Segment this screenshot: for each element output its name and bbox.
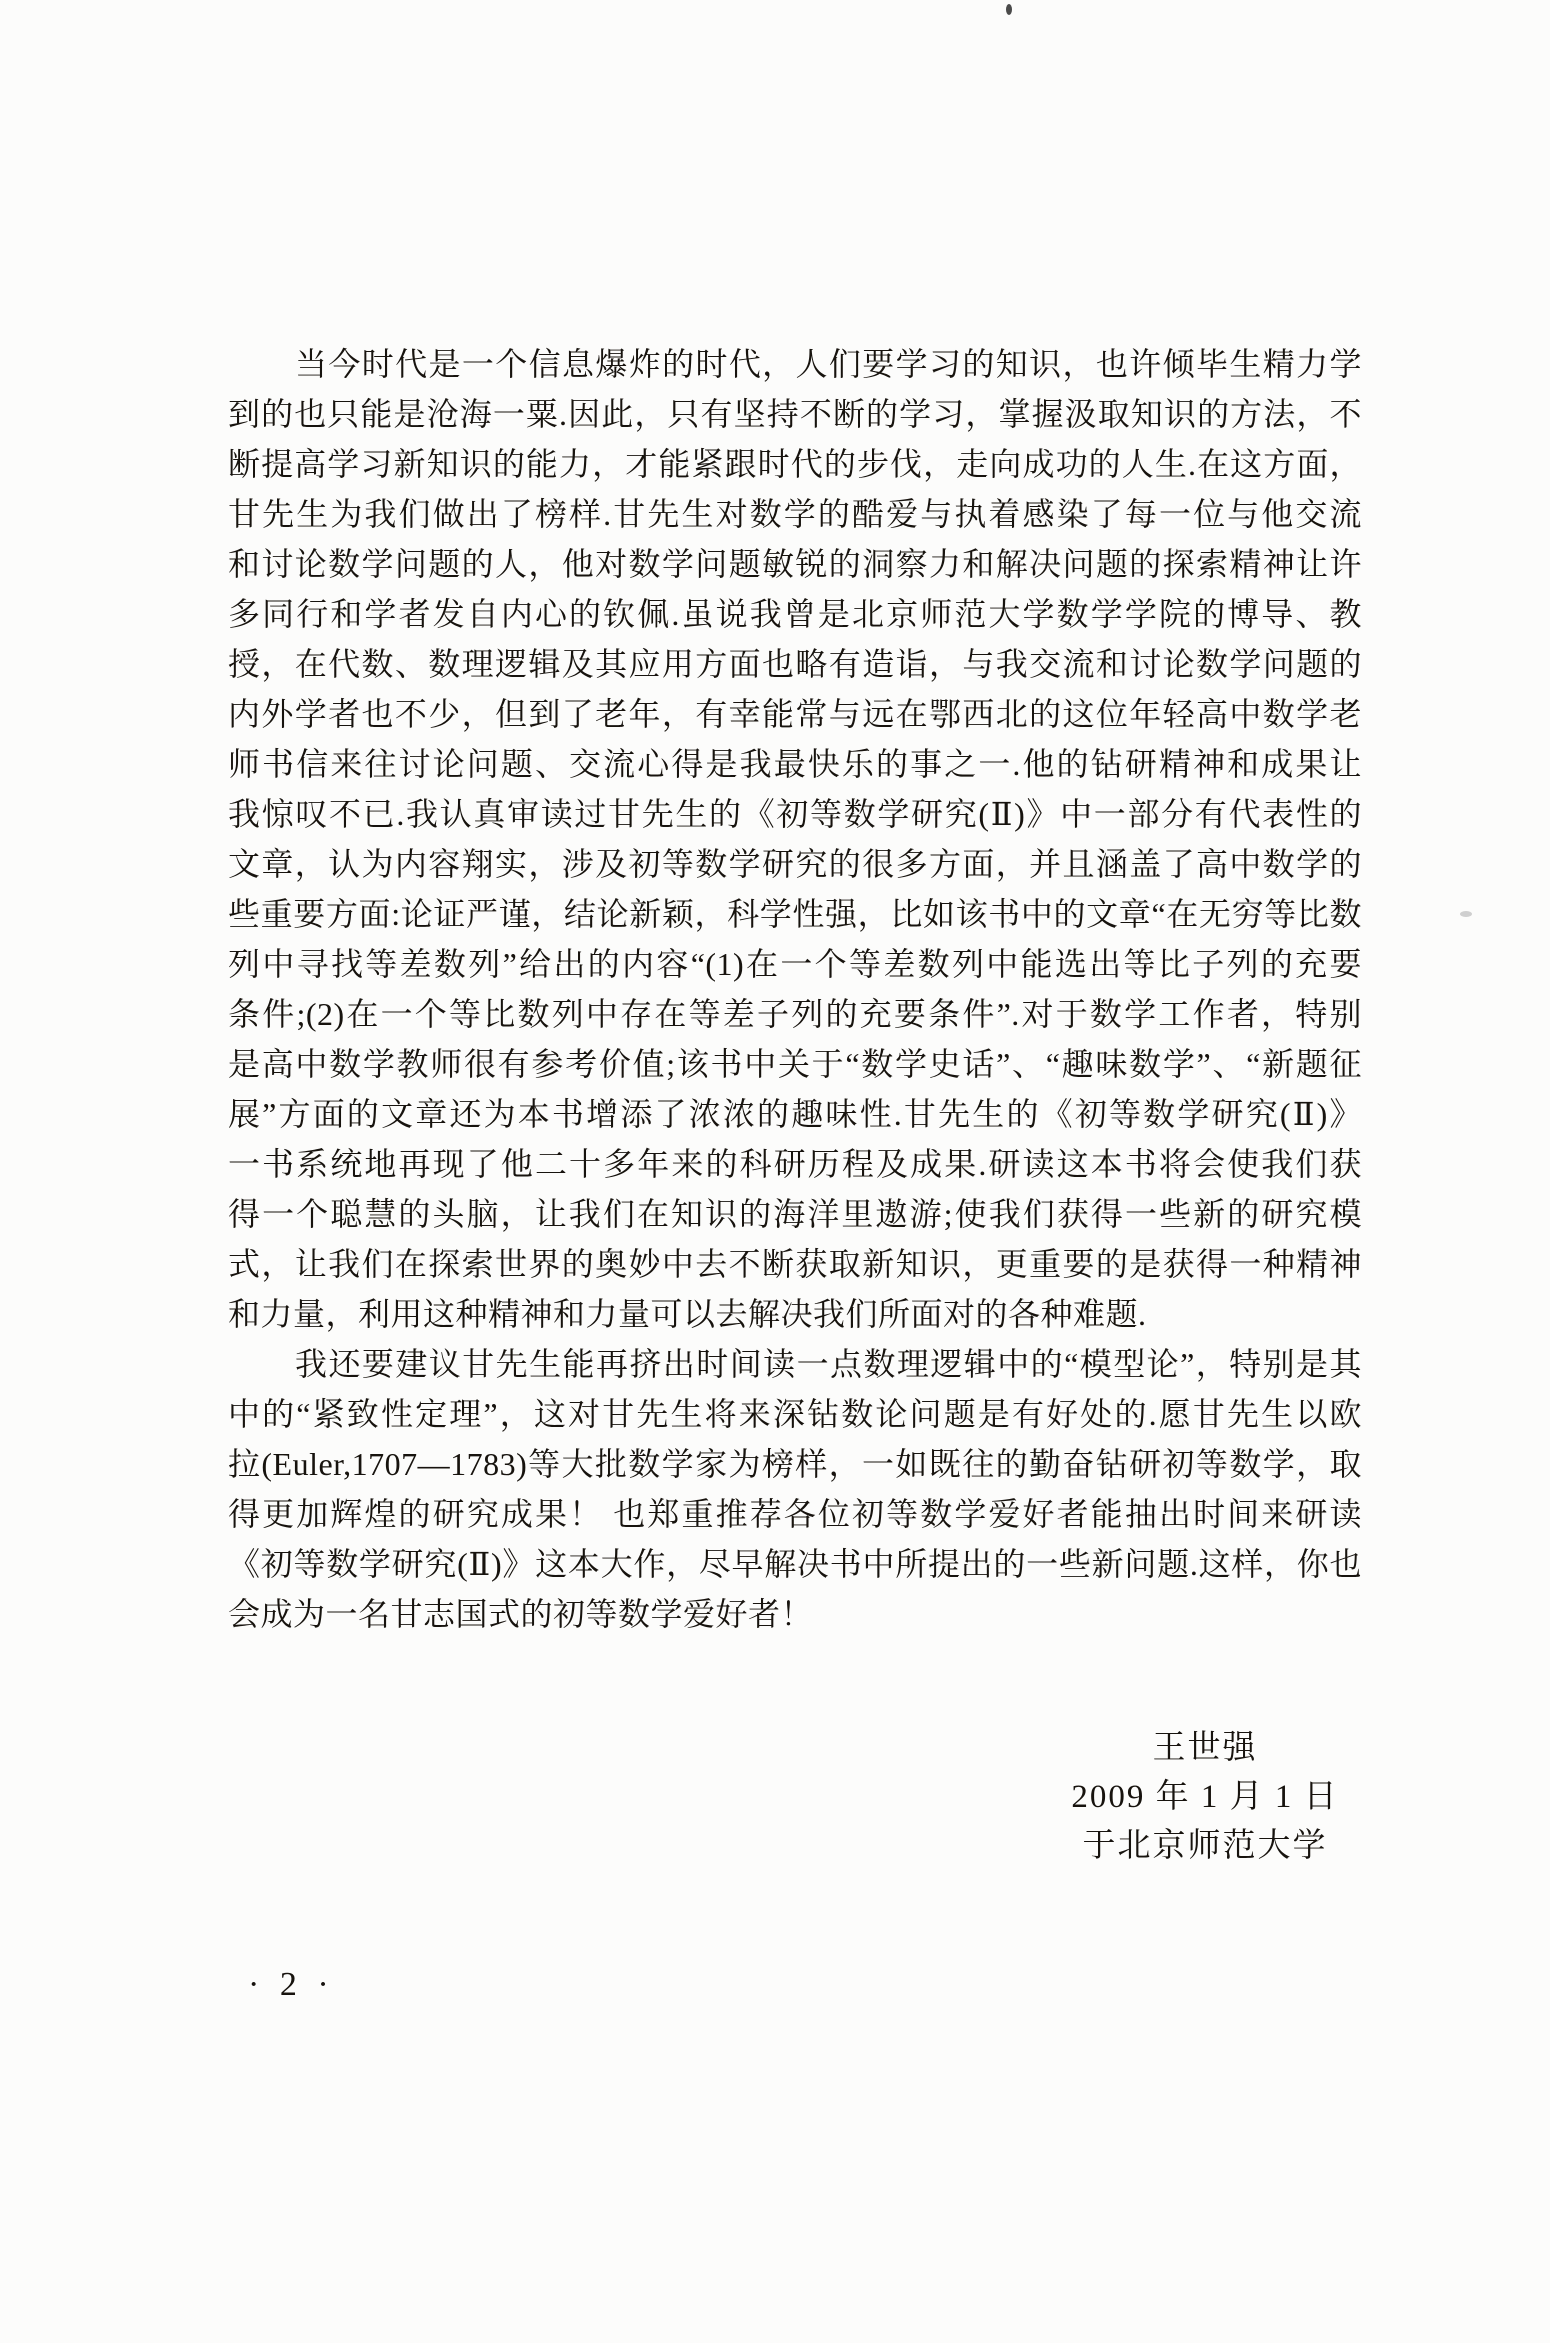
body-line: 文章，认为内容翔实，涉及初等数学研究的很多方面，并且涵盖了高中数学的一 <box>228 839 1362 889</box>
book-page: 当今时代是一个信息爆炸的时代，人们要学习的知识，也许倾毕生精力学到的也只能是沧海… <box>0 0 1550 2343</box>
preface-body: 当今时代是一个信息爆炸的时代，人们要学习的知识，也许倾毕生精力学到的也只能是沧海… <box>228 339 1362 1639</box>
scan-speck <box>1006 4 1012 15</box>
body-line: 和力量，利用这种精神和力量可以去解决我们所面对的各种难题. <box>228 1289 1362 1339</box>
body-line: 得一个聪慧的头脑，让我们在知识的海洋里遨游;使我们获得一些新的研究模 <box>228 1189 1362 1239</box>
body-line: 拉(Euler,1707—1783)等大批数学家为榜样，一如既往的勤奋钻研初等数… <box>228 1439 1362 1489</box>
signature-block: 王世强 2009 年 1 月 1 日 于北京师范大学 <box>1040 1724 1370 1871</box>
body-line: 展”方面的文章还为本书增添了浓浓的趣味性.甘先生的《初等数学研究(Ⅱ)》 <box>228 1089 1362 1139</box>
body-line: 和讨论数学问题的人，他对数学问题敏锐的洞察力和解决问题的探索精神让许 <box>228 539 1362 589</box>
body-line: 中的“紧致性定理”，这对甘先生将来深钻数论问题是有好处的.愿甘先生以欧 <box>228 1389 1362 1439</box>
body-line: 师书信来往讨论问题、交流心得是我最快乐的事之一.他的钻研精神和成果让 <box>228 739 1362 789</box>
body-line: 是高中数学教师很有参考价值;该书中关于“数学史话”、“趣味数学”、“新题征 <box>228 1039 1362 1089</box>
signature-date: 2009 年 1 月 1 日 <box>1040 1773 1370 1822</box>
scan-speck <box>1460 911 1472 917</box>
body-line: 授，在代数、数理逻辑及其应用方面也略有造诣，与我交流和讨论数学问题的国 <box>228 639 1362 689</box>
body-line: 一书系统地再现了他二十多年来的科研历程及成果.研读这本书将会使我们获 <box>228 1139 1362 1189</box>
body-line: 得更加辉煌的研究成果！ 也郑重推荐各位初等数学爱好者能抽出时间来研读 <box>228 1489 1362 1539</box>
body-line: 到的也只能是沧海一粟.因此，只有坚持不断的学习，掌握汲取知识的方法，不 <box>228 389 1362 439</box>
body-line: 我惊叹不已.我认真审读过甘先生的《初等数学研究(Ⅱ)》中一部分有代表性的 <box>228 789 1362 839</box>
body-line: 《初等数学研究(Ⅱ)》这本大作，尽早解决书中所提出的一些新问题.这样，你也 <box>228 1539 1362 1589</box>
body-line: 会成为一名甘志国式的初等数学爱好者！ <box>228 1589 1362 1639</box>
signature-name: 王世强 <box>1040 1724 1370 1773</box>
body-line: 内外学者也不少，但到了老年，有幸能常与远在鄂西北的这位年轻高中数学老 <box>228 689 1362 739</box>
signature-place: 于北京师范大学 <box>1040 1822 1370 1871</box>
body-line: 多同行和学者发自内心的钦佩.虽说我曾是北京师范大学数学学院的博导、教 <box>228 589 1362 639</box>
body-line: 我还要建议甘先生能再挤出时间读一点数理逻辑中的“模型论”，特别是其 <box>228 1339 1362 1389</box>
body-line: 断提高学习新知识的能力，才能紧跟时代的步伐，走向成功的人生.在这方面， <box>228 439 1362 489</box>
body-line: 条件;(2)在一个等比数列中存在等差子列的充要条件”.对于数学工作者，特别 <box>228 989 1362 1039</box>
page-number: · 2 · <box>248 1964 335 2006</box>
body-line: 些重要方面:论证严谨，结论新颖，科学性强，比如该书中的文章“在无穷等比数 <box>228 889 1362 939</box>
body-line: 甘先生为我们做出了榜样.甘先生对数学的酷爱与执着感染了每一位与他交流 <box>228 489 1362 539</box>
body-line: 列中寻找等差数列”给出的内容“(1)在一个等差数列中能选出等比子列的充要 <box>228 939 1362 989</box>
body-line: 当今时代是一个信息爆炸的时代，人们要学习的知识，也许倾毕生精力学 <box>228 339 1362 389</box>
body-line: 式，让我们在探索世界的奥妙中去不断获取新知识，更重要的是获得一种精神 <box>228 1239 1362 1289</box>
